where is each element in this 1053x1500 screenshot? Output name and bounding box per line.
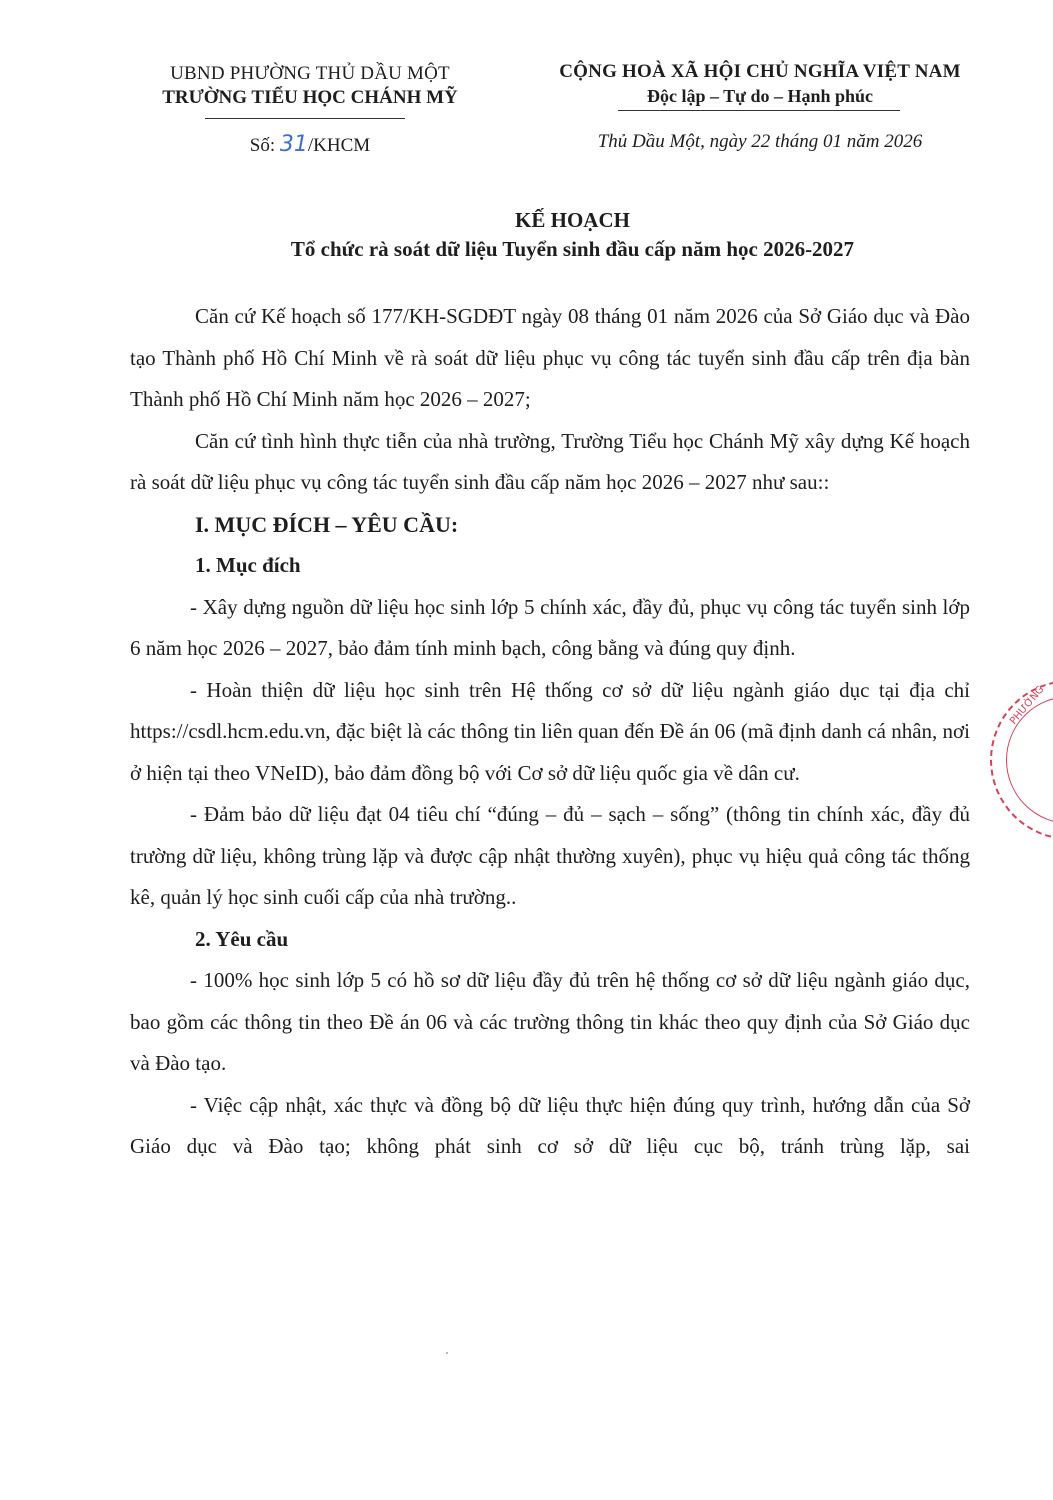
doc-no-prefix: Số:	[250, 135, 280, 156]
section-heading-1: I. MỤC ĐÍCH – YÊU CẦU:	[130, 504, 970, 546]
place-date: Thủ Dầu Một, ngày 22 tháng 01 năm 2026	[530, 129, 990, 155]
doc-no-handwritten: 31	[280, 132, 308, 157]
purpose-item-2: - Hoàn thiện dữ liệu học sinh trên Hệ th…	[130, 670, 970, 795]
issuing-authority-block: UBND PHƯỜNG THỦ DẦU MỘT TRƯỜNG TIỂU HỌC …	[140, 62, 480, 110]
requirement-item-1: - 100% học sinh lớp 5 có hồ sơ dữ liệu đ…	[130, 960, 970, 1085]
document-subject: Tổ chức rà soát dữ liệu Tuyển sinh đầu c…	[150, 234, 995, 264]
document-title-block: KẾ HOẠCH Tổ chức rà soát dữ liệu Tuyển s…	[150, 206, 995, 264]
document-number: Số: 31/KHCM	[140, 132, 480, 159]
requirement-item-2: - Việc cập nhật, xác thực và đồng bộ dữ …	[130, 1085, 970, 1168]
document-type: KẾ HOẠCH	[150, 206, 995, 234]
official-seal-stamp: PHƯỜNG	[990, 680, 1053, 840]
national-motto: Độc lập – Tự do – Hạnh phúc	[530, 84, 990, 108]
scan-speck	[446, 1352, 448, 1354]
subsection-heading-purpose: 1. Mục đích	[130, 545, 970, 587]
document-body: Căn cứ Kế hoạch số 177/KH-SGDĐT ngày 08 …	[130, 296, 970, 1168]
school-name: TRƯỜNG TIỂU HỌC CHÁNH MỸ	[140, 86, 480, 110]
nation-name: CỘNG HOÀ XÃ HỘI CHỦ NGHĨA VIỆT NAM	[530, 60, 990, 84]
authority-name: UBND PHƯỜNG THỦ DẦU MỘT	[140, 62, 480, 86]
basis-paragraph-2: Căn cứ tình hình thực tiễn của nhà trườn…	[130, 421, 970, 504]
basis-paragraph-1: Căn cứ Kế hoạch số 177/KH-SGDĐT ngày 08 …	[130, 296, 970, 421]
header-right-divider	[618, 110, 900, 111]
purpose-item-1: - Xây dựng nguồn dữ liệu học sinh lớp 5 …	[130, 587, 970, 670]
header-left-divider	[205, 118, 405, 119]
subsection-heading-requirements: 2. Yêu cầu	[130, 919, 970, 961]
national-header-block: CỘNG HOÀ XÃ HỘI CHỦ NGHĨA VIỆT NAM Độc l…	[530, 60, 990, 108]
purpose-item-3: - Đảm bảo dữ liệu đạt 04 tiêu chí “đúng …	[130, 794, 970, 919]
doc-no-suffix: /KHCM	[308, 135, 370, 156]
